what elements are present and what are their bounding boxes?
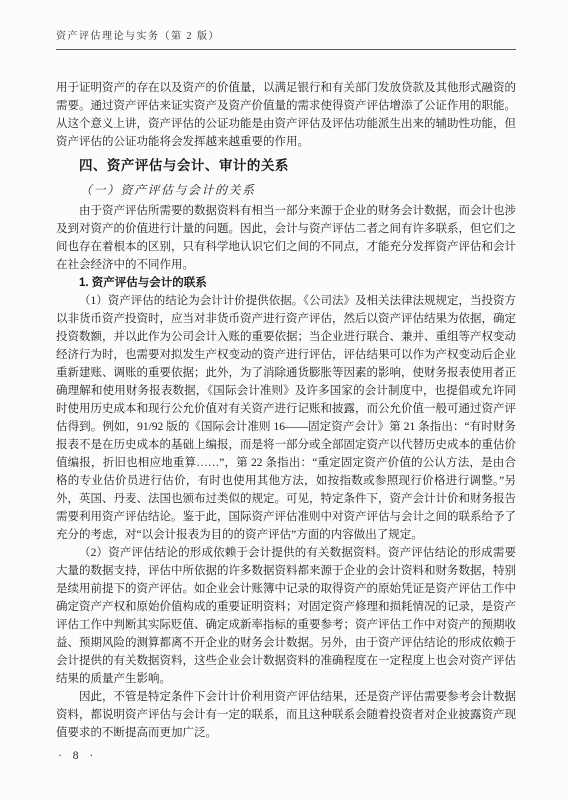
paragraph-continuation: 用于证明资产的存在以及资产的价值量，以满足银行和有关部门发放贷款及其他形式融资的… xyxy=(56,79,516,151)
page-body: 用于证明资产的存在以及资产的价值量，以满足银行和有关部门发放贷款及其他形式融资的… xyxy=(56,79,516,742)
paragraph-intro: 由于资产评估所需要的数据资料有相当一部分来源于企业的财务会计数据，而会计也涉及到… xyxy=(56,202,516,274)
page-number: · 8 · xyxy=(58,750,97,762)
page-footer: · 8 · xyxy=(58,750,97,762)
paragraph-conclusion: 因此，不管是特定条件下会计计价利用资产评估结果，还是资产评估需要参考会计数据资料… xyxy=(56,688,516,742)
book-page: 资产评估理论与实务（第 2 版） 用于证明资产的存在以及资产的价值量，以满足银行… xyxy=(0,0,569,800)
numbered-heading: 1. 资产评估与会计的联系 xyxy=(56,274,516,292)
paragraph-item-1: （1）资产评估的结论为会计计价提供依据。《公司法》及相关法律法规规定，当投资方以… xyxy=(56,292,516,544)
section-heading: 四、资产评估与会计、审计的关系 xyxy=(56,156,516,176)
paragraph-item-2: （2）资产评估结论的形成依赖于会计提供的有关数据资料。资产评估结论的形成需要大量… xyxy=(56,544,516,688)
running-title: 资产评估理论与实务（第 2 版） xyxy=(56,31,220,42)
subsection-heading: （一）资产评估与会计的关系 xyxy=(56,180,516,200)
page-header: 资产评估理论与实务（第 2 版） xyxy=(56,27,516,50)
